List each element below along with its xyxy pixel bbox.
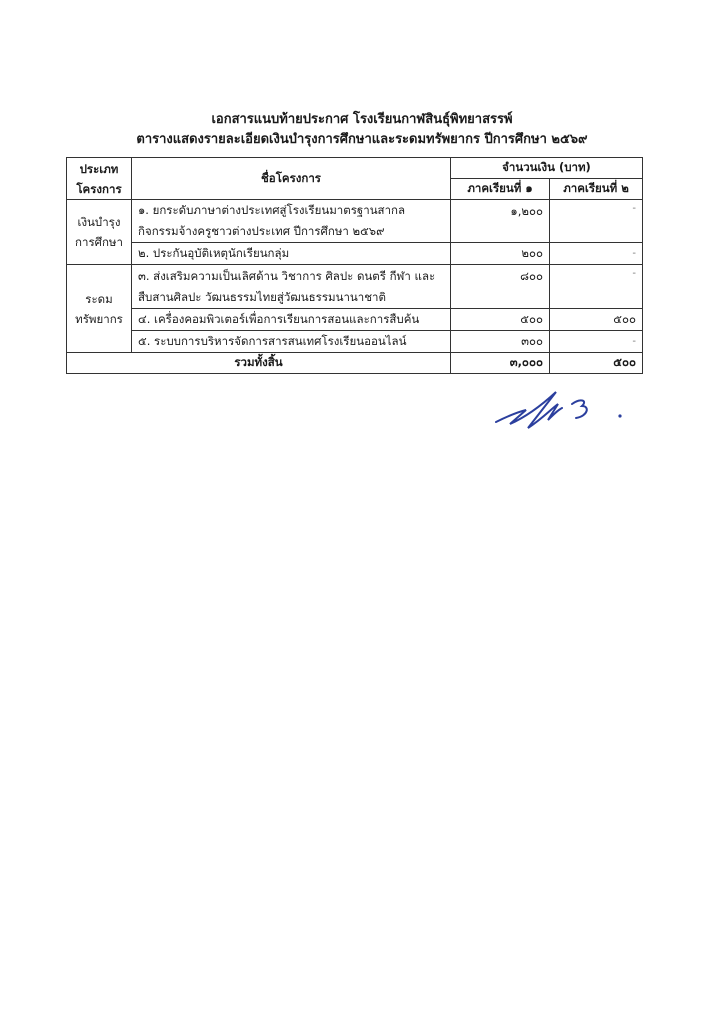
- fee-table: ประเภท โครงการ ชื่อโครงการ จำนวนเงิน (บา…: [66, 157, 643, 374]
- semester1-amount: ๒๐๐: [451, 243, 550, 265]
- table-row: ๔. เครื่องคอมพิวเตอร์เพื่อการเรียนการสอน…: [67, 309, 643, 331]
- total-label: รวมทั้งสิ้น: [67, 353, 451, 374]
- semester2-amount: ๕๐๐: [550, 309, 643, 331]
- table-row: ๕. ระบบการบริหารจัดการสารสนเทศโรงเรียนออ…: [67, 331, 643, 353]
- table-row: เงินบำรุง การศึกษา ๑. ยกระดับภาษาต่างประ…: [67, 200, 643, 243]
- signature-icon: [488, 386, 628, 436]
- semester2-amount: -: [550, 243, 643, 265]
- semester2-amount: -: [550, 265, 643, 309]
- header-name: ชื่อโครงการ: [132, 158, 451, 200]
- project-name: ๓. ส่งเสริมความเป็นเลิศด้าน วิชาการ ศิลป…: [132, 265, 451, 309]
- total-semester1: ๓,๐๐๐: [451, 353, 550, 374]
- semester1-amount: ๑,๒๐๐: [451, 200, 550, 243]
- semester2-amount: -: [550, 331, 643, 353]
- total-row: รวมทั้งสิ้น ๓,๐๐๐ ๕๐๐: [67, 353, 643, 374]
- project-name: ๒. ประกันอุบัติเหตุนักเรียนกลุ่ม: [132, 243, 451, 265]
- document-subtitle: ตารางแสดงรายละเอียดเงินบำรุงการศึกษาและร…: [0, 128, 724, 149]
- header-amount: จำนวนเงิน (บาท): [451, 158, 643, 179]
- table-row: ๒. ประกันอุบัติเหตุนักเรียนกลุ่ม ๒๐๐ -: [67, 243, 643, 265]
- category-cell: ระดม ทรัพยากร: [67, 265, 132, 353]
- header-semester2: ภาคเรียนที่ ๒: [550, 179, 643, 200]
- header-semester1: ภาคเรียนที่ ๑: [451, 179, 550, 200]
- header-type: ประเภท โครงการ: [67, 158, 132, 200]
- total-semester2: ๕๐๐: [550, 353, 643, 374]
- semester2-amount: -: [550, 200, 643, 243]
- semester1-amount: ๓๐๐: [451, 331, 550, 353]
- document-title: เอกสารแนบท้ายประกาศ โรงเรียนกาฬสินธุ์พิท…: [0, 108, 724, 129]
- project-name: ๕. ระบบการบริหารจัดการสารสนเทศโรงเรียนออ…: [132, 331, 451, 353]
- semester1-amount: ๘๐๐: [451, 265, 550, 309]
- table-row: ระดม ทรัพยากร ๓. ส่งเสริมความเป็นเลิศด้า…: [67, 265, 643, 309]
- semester1-amount: ๕๐๐: [451, 309, 550, 331]
- category-cell: เงินบำรุง การศึกษา: [67, 200, 132, 265]
- project-name: ๔. เครื่องคอมพิวเตอร์เพื่อการเรียนการสอน…: [132, 309, 451, 331]
- project-name: ๑. ยกระดับภาษาต่างประเทศสู่โรงเรียนมาตรฐ…: [132, 200, 451, 243]
